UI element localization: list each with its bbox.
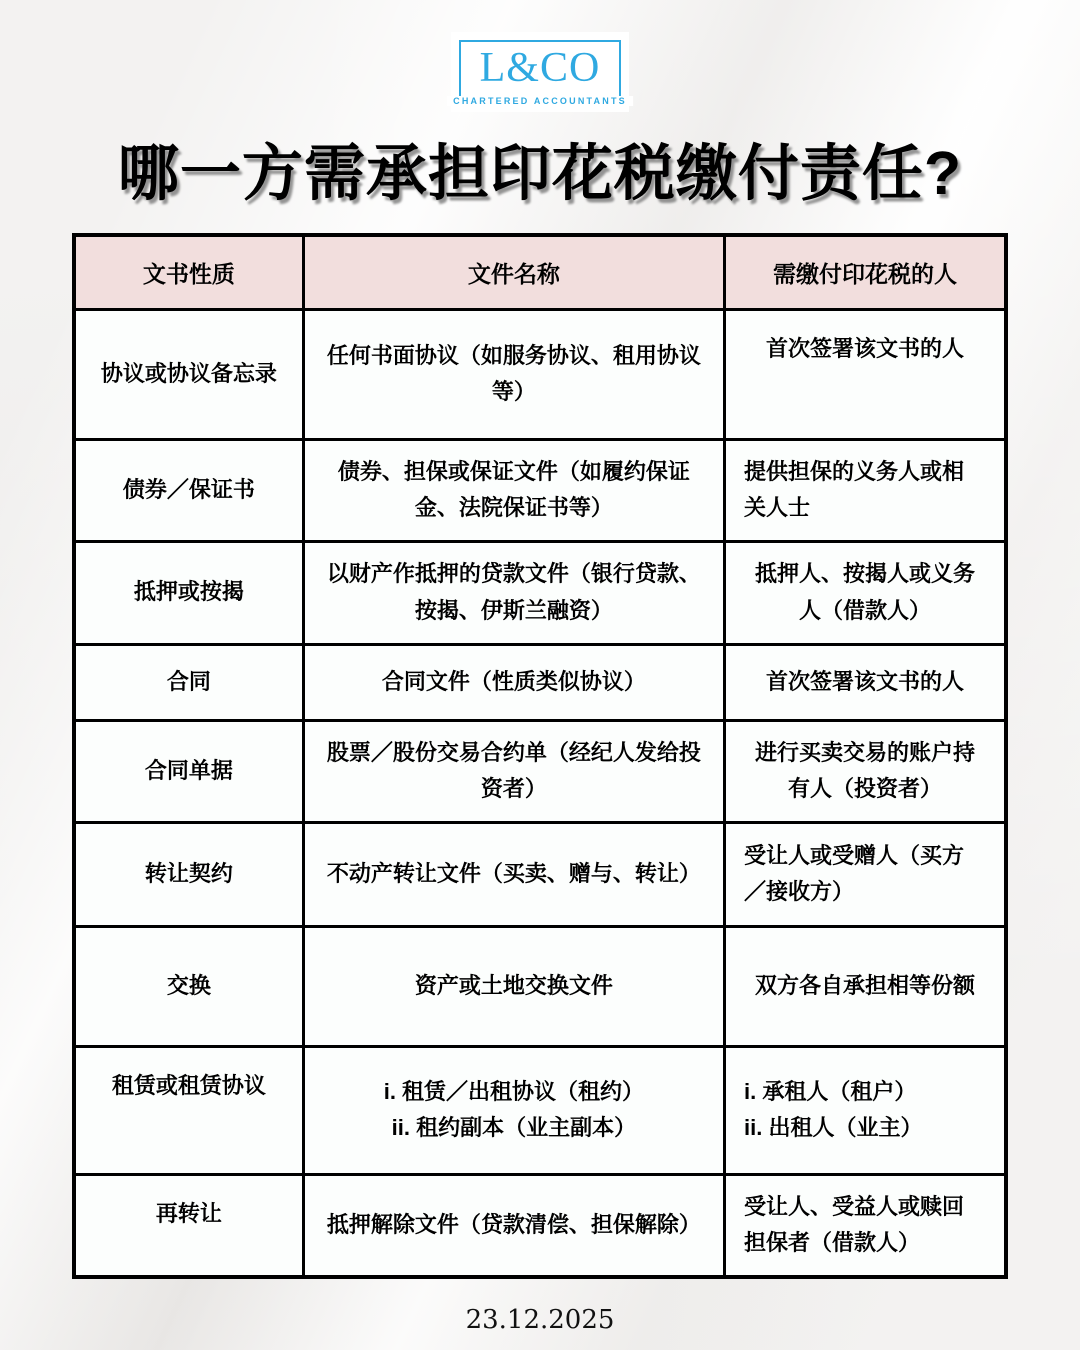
cell-payer: 进行买卖交易的账户持有人（投资者） [725, 720, 1006, 822]
cell-doc-name: i. 租赁／出租协议（租约） ii. 租约副本（业主副本） [303, 1046, 724, 1174]
table-row: 债券／保证书债券、担保或保证文件（如履约保证金、法院保证书等）提供担保的义务人或… [74, 439, 1006, 541]
cell-doc-nature: 合同 [74, 644, 303, 720]
table-row: 交换资产或土地交换文件双方各自承担相等份额 [74, 926, 1006, 1046]
table-row: 抵押或按揭以财产作抵押的贷款文件（银行贷款、按揭、伊斯兰融资）抵押人、按揭人或义… [74, 541, 1006, 644]
cell-payer: 受让人或受赠人（买方／接收方） [725, 822, 1006, 926]
cell-doc-nature: 抵押或按揭 [74, 541, 303, 644]
header-doc-name: 文件名称 [303, 235, 724, 309]
logo-frame: L&CO CHARTERED ACCOUNTANTS [459, 40, 621, 103]
table-row: 转让契约不动产转让文件（买卖、赠与、转让）受让人或受赠人（买方／接收方） [74, 822, 1006, 926]
header-doc-nature: 文书性质 [74, 235, 303, 309]
logo-subtitle: CHARTERED ACCOUNTANTS [447, 96, 633, 106]
stamp-duty-table: 文书性质 文件名称 需缴付印花税的人 协议或协议备忘录任何书面协议（如服务协议、… [72, 233, 1008, 1279]
cell-doc-name: 以财产作抵押的贷款文件（银行贷款、按揭、伊斯兰融资） [303, 541, 724, 644]
cell-payer: 双方各自承担相等份额 [725, 926, 1006, 1046]
footer-date: 23.12.2025 [0, 1305, 1080, 1335]
cell-doc-name: 股票／股份交易合约单（经纪人发给投资者） [303, 720, 724, 822]
cell-payer: 抵押人、按揭人或义务人（借款人） [725, 541, 1006, 644]
cell-payer: i. 承租人（租户） ii. 出租人（业主） [725, 1046, 1006, 1174]
cell-doc-name: 合同文件（性质类似协议） [303, 644, 724, 720]
cell-doc-nature: 协议或协议备忘录 [74, 309, 303, 439]
cell-payer: 提供担保的义务人或相关人士 [725, 439, 1006, 541]
header-payer: 需缴付印花税的人 [725, 235, 1006, 309]
cell-doc-nature: 转让契约 [74, 822, 303, 926]
table-header-row: 文书性质 文件名称 需缴付印花税的人 [74, 235, 1006, 309]
cell-doc-nature: 租赁或租赁协议 [74, 1046, 303, 1174]
cell-doc-name: 任何书面协议（如服务协议、租用协议等） [303, 309, 724, 439]
cell-doc-nature: 交换 [74, 926, 303, 1046]
cell-doc-name: 债券、担保或保证文件（如履约保证金、法院保证书等） [303, 439, 724, 541]
cell-payer: 首次签署该文书的人 [725, 644, 1006, 720]
table-row: 再转让抵押解除文件（贷款清偿、担保解除）受让人、受益人或赎回担保者（借款人） [74, 1174, 1006, 1277]
table-row: 合同合同文件（性质类似协议）首次签署该文书的人 [74, 644, 1006, 720]
cell-doc-nature: 合同单据 [74, 720, 303, 822]
page-title: 哪一方需承担印花税缴付责任? [0, 140, 1080, 206]
cell-doc-nature: 再转让 [74, 1174, 303, 1277]
cell-payer: 受让人、受益人或赎回担保者（借款人） [725, 1174, 1006, 1277]
company-logo: L&CO CHARTERED ACCOUNTANTS [451, 32, 629, 112]
logo-name: L&CO [461, 42, 619, 94]
cell-doc-nature: 债券／保证书 [74, 439, 303, 541]
cell-payer: 首次签署该文书的人 [725, 309, 1006, 439]
table-row: 合同单据股票／股份交易合约单（经纪人发给投资者）进行买卖交易的账户持有人（投资者… [74, 720, 1006, 822]
cell-doc-name: 不动产转让文件（买卖、赠与、转让） [303, 822, 724, 926]
cell-doc-name: 抵押解除文件（贷款清偿、担保解除） [303, 1174, 724, 1277]
cell-doc-name: 资产或土地交换文件 [303, 926, 724, 1046]
table-body: 协议或协议备忘录任何书面协议（如服务协议、租用协议等）首次签署该文书的人债券／保… [74, 309, 1006, 1277]
table-row: 租赁或租赁协议i. 租赁／出租协议（租约） ii. 租约副本（业主副本）i. 承… [74, 1046, 1006, 1174]
table-row: 协议或协议备忘录任何书面协议（如服务协议、租用协议等）首次签署该文书的人 [74, 309, 1006, 439]
